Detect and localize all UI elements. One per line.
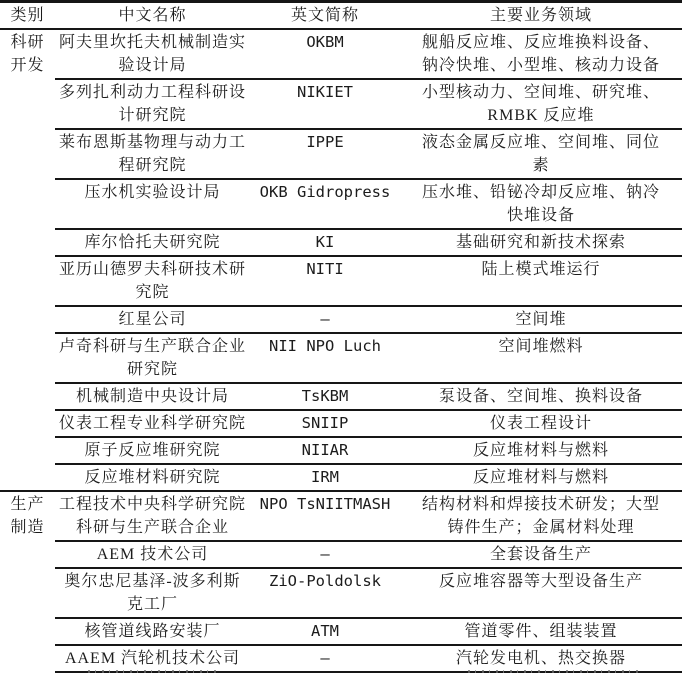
col-header-chinese-name: 中文名称 (55, 2, 250, 30)
business-cell: 全套设备生产 (400, 541, 682, 568)
table-row: 反应堆材料研究院IRM反应堆材料与燃料 (0, 464, 682, 491)
abbr-cell: — (250, 541, 400, 568)
abbr-cell: — (250, 306, 400, 333)
business-cell: 基础研究和新技术探索 (400, 229, 682, 256)
table-row: 多列扎利动力工程科研设 计研究院NIKIET小型核动力、空间堆、研究堆、 RMB… (0, 79, 682, 129)
table-row: 生产 制造工程技术中央科学研究院 科研与生产联合企业NPO TsNIITMASH… (0, 491, 682, 541)
org-name-cell: 亚历山德罗夫科研技术研 究院 (55, 256, 250, 306)
business-cell: 压水堆、铅铋冷却反应堆、钠冷 快堆设备 (400, 179, 682, 229)
business-cell: 反应堆材料与燃料 (400, 464, 682, 491)
abbr-cell: OKBM (250, 29, 400, 79)
table-row: 红星公司—空间堆 (0, 306, 682, 333)
org-name-cell: AEM 技术公司 (55, 541, 250, 568)
table-row: 科研 开发阿夫里坎托夫机械制造实 验设计局OKBM舰船反应堆、反应堆换料设备、 … (0, 29, 682, 79)
category-cell: 生产 制造 (0, 491, 55, 672)
business-cell: 反应堆材料与燃料 (400, 437, 682, 464)
col-header-business-areas: 主要业务领域 (400, 2, 682, 30)
business-cell: 泵设备、空间堆、换料设备 (400, 383, 682, 410)
business-cell: 空间堆 (400, 306, 682, 333)
category-cell: 科研 开发 (0, 29, 55, 491)
org-name-cell: 多列扎利动力工程科研设 计研究院 (55, 79, 250, 129)
business-cell: 管道零件、组装装置 (400, 618, 682, 645)
abbr-cell: SNIIP (250, 410, 400, 437)
org-name-cell: 工程技术中央科学研究院 科研与生产联合企业 (55, 491, 250, 541)
table-row: 机械制造中央设计局TsKBM泵设备、空间堆、换料设备 (0, 383, 682, 410)
table-row: 奥尔忠尼基泽-波多利斯 克工厂ZiO-Poldolsk反应堆容器等大型设备生产 (0, 568, 682, 618)
table-row: 核管道线路安装厂ATM管道零件、组装装置 (0, 618, 682, 645)
abbr-cell: ZiO-Poldolsk (250, 568, 400, 618)
abbr-cell: NIIAR (250, 437, 400, 464)
table-row: 亚历山德罗夫科研技术研 究院NITI陆上模式堆运行 (0, 256, 682, 306)
abbr-cell: IPPE (250, 129, 400, 179)
abbr-cell: NPO TsNIITMASH (250, 491, 400, 541)
business-cell: 仪表工程设计 (400, 410, 682, 437)
org-name-cell: 反应堆材料研究院 (55, 464, 250, 491)
business-cell: 空间堆燃料 (400, 333, 682, 383)
abbr-cell: TsKBM (250, 383, 400, 410)
abbr-cell: NIKIET (250, 79, 400, 129)
org-name-cell: 莱布恩斯基物理与动力工 程研究院 (55, 129, 250, 179)
table-row: 仪表工程专业科学研究院SNIIP仪表工程设计 (0, 410, 682, 437)
org-name-cell: 红星公司 (55, 306, 250, 333)
clipped-next-row (0, 668, 682, 673)
business-cell: 小型核动力、空间堆、研究堆、 RMBK 反应堆 (400, 79, 682, 129)
org-name-cell: 库尔恰托夫研究院 (55, 229, 250, 256)
table-row: 莱布恩斯基物理与动力工 程研究院IPPE液态金属反应堆、空间堆、同位 素 (0, 129, 682, 179)
org-name-cell: 奥尔忠尼基泽-波多利斯 克工厂 (55, 568, 250, 618)
org-name-cell: 卢奇科研与生产联合企业 研究院 (55, 333, 250, 383)
table-row: 原子反应堆研究院NIIAR反应堆材料与燃料 (0, 437, 682, 464)
abbr-cell: NITI (250, 256, 400, 306)
abbr-cell: ATM (250, 618, 400, 645)
business-cell: 反应堆容器等大型设备生产 (400, 568, 682, 618)
table-row: 卢奇科研与生产联合企业 研究院NII NPO Luch空间堆燃料 (0, 333, 682, 383)
document-page: 类别 中文名称 英文简称 主要业务领域 科研 开发阿夫里坎托夫机械制造实 验设计… (0, 0, 682, 673)
org-name-cell: 压水机实验设计局 (55, 179, 250, 229)
abbr-cell: OKB Gidropress (250, 179, 400, 229)
col-header-category: 类别 (0, 2, 55, 30)
org-name-cell: 核管道线路安装厂 (55, 618, 250, 645)
org-name-cell: 机械制造中央设计局 (55, 383, 250, 410)
org-name-cell: 仪表工程专业科学研究院 (55, 410, 250, 437)
table-row: 压水机实验设计局OKB Gidropress压水堆、铅铋冷却反应堆、钠冷 快堆设… (0, 179, 682, 229)
abbr-cell: NII NPO Luch (250, 333, 400, 383)
business-cell: 液态金属反应堆、空间堆、同位 素 (400, 129, 682, 179)
col-header-english-abbr: 英文简称 (250, 2, 400, 30)
abbr-cell: KI (250, 229, 400, 256)
abbr-cell: IRM (250, 464, 400, 491)
business-cell: 结构材料和焊接技术研发；大型 铸件生产；金属材料处理 (400, 491, 682, 541)
business-cell: 陆上模式堆运行 (400, 256, 682, 306)
table-row: 库尔恰托夫研究院KI基础研究和新技术探索 (0, 229, 682, 256)
org-table: 类别 中文名称 英文简称 主要业务领域 科研 开发阿夫里坎托夫机械制造实 验设计… (0, 0, 682, 673)
org-name-cell: 阿夫里坎托夫机械制造实 验设计局 (55, 29, 250, 79)
business-cell: 舰船反应堆、反应堆换料设备、 钠冷快堆、小型堆、核动力设备 (400, 29, 682, 79)
table-row: AEM 技术公司—全套设备生产 (0, 541, 682, 568)
header-row: 类别 中文名称 英文简称 主要业务领域 (0, 2, 682, 30)
org-name-cell: 原子反应堆研究院 (55, 437, 250, 464)
